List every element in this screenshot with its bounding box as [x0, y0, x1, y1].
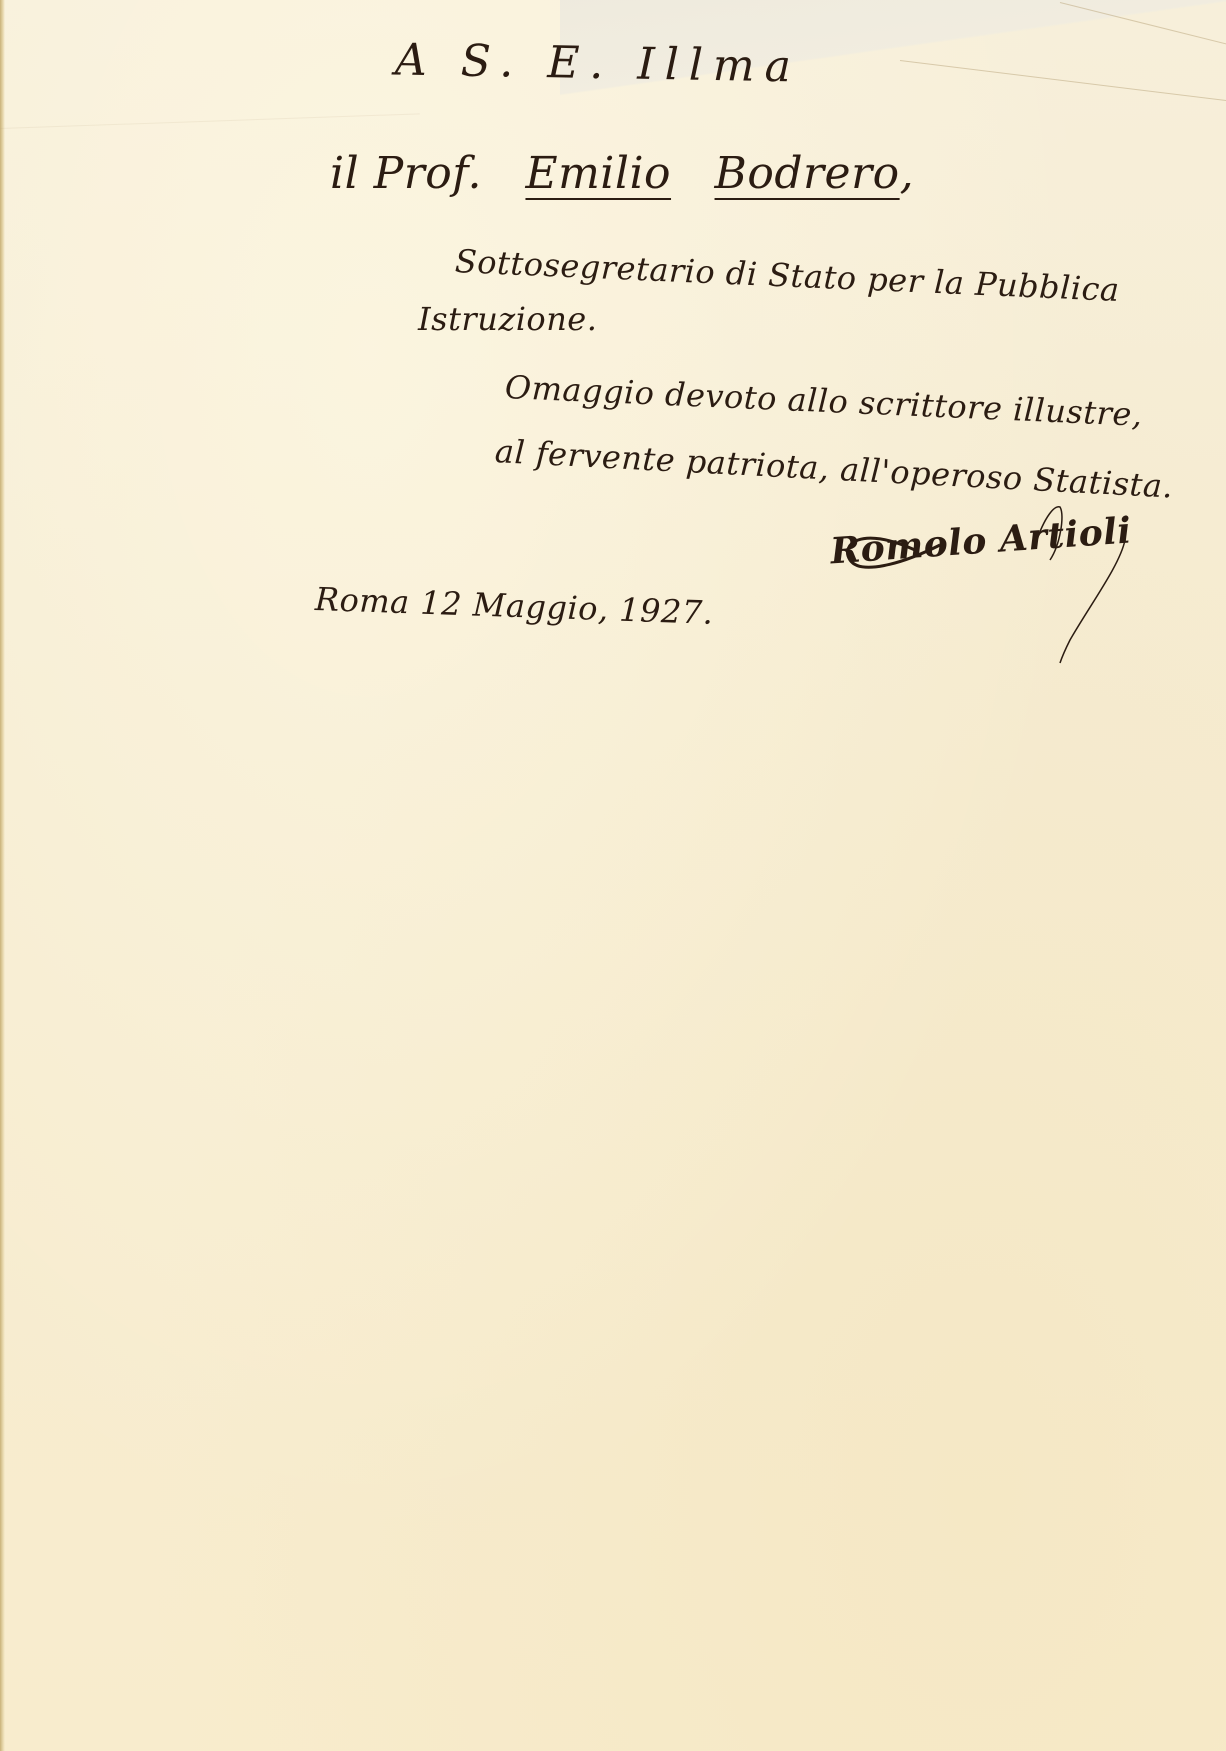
title-line-1: Sottosegretario di Stato per la Pubblica: [454, 242, 1120, 309]
title-line-2: Istruzione.: [418, 300, 597, 338]
place-date: Roma 12 Maggio, 1927.: [314, 580, 714, 632]
salutation: A S. E. Illma: [395, 34, 802, 92]
recipient-last-name: Bodrero: [715, 148, 900, 199]
paper-crease: [0, 113, 420, 129]
recipient-first-name: Emilio: [525, 148, 671, 199]
homage-line-2: al fervente patriota, all'operoso Statis…: [494, 432, 1174, 505]
recipient-line: il Prof. Emilio Bodrero,: [330, 148, 914, 199]
document-page: A S. E. Illma il Prof. Emilio Bodrero, S…: [0, 0, 1226, 1751]
paper-edge: [0, 0, 5, 1751]
homage-line-1: Omaggio devoto allo scrittore illustre,: [504, 368, 1143, 434]
recipient-suffix: ,: [900, 148, 915, 199]
recipient-prefix: il Prof.: [330, 148, 482, 199]
